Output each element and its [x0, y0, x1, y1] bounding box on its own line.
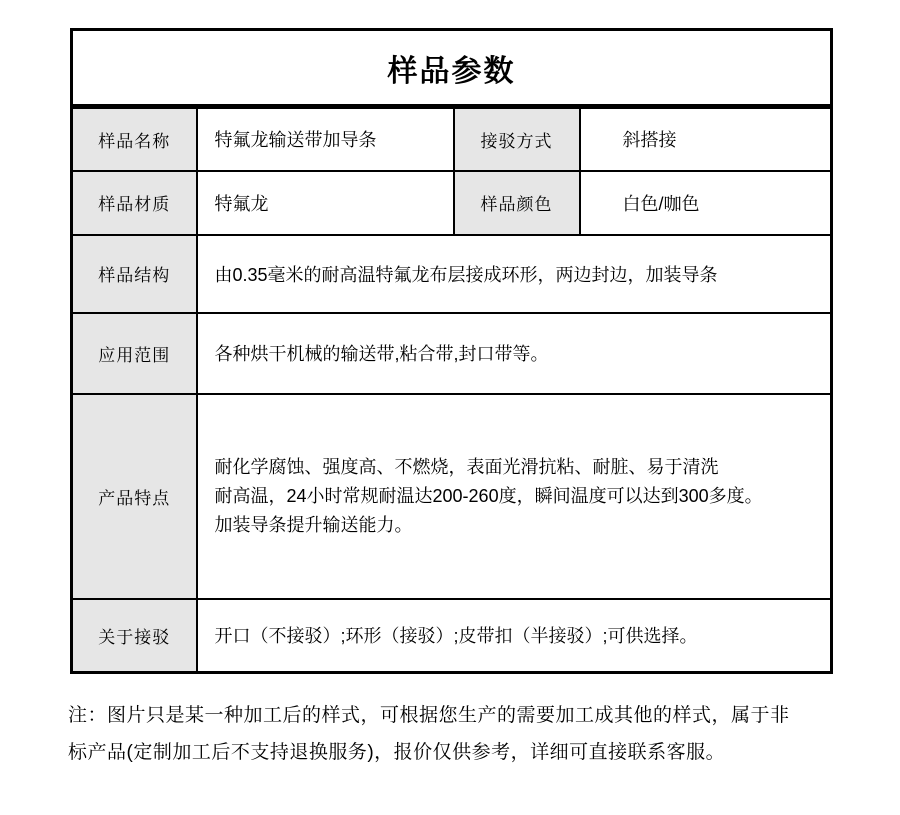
table-row-features: 产品特点 耐化学腐蚀、强度高、不燃烧，表面光滑抗粘、耐脏、易于清洗 耐高温，24…	[72, 394, 832, 599]
label-about-splicing: 关于接驳	[72, 599, 197, 673]
table-row-application: 应用范围 各种烘干机械的输送带,粘合带,封口带等。	[72, 313, 832, 394]
value-product-features: 耐化学腐蚀、强度高、不燃烧，表面光滑抗粘、耐脏、易于清洗 耐高温，24小时常规耐…	[197, 394, 832, 599]
label-sample-name: 样品名称	[72, 107, 197, 171]
table-row-structure: 样品结构 由0.35毫米的耐高温特氟龙布层接成环形，两边封边，加装导条	[72, 235, 832, 313]
label-sample-material: 样品材质	[72, 171, 197, 235]
table-title: 样品参数	[72, 30, 832, 107]
value-sample-name: 特氟龙输送带加导条	[197, 107, 454, 171]
table-row-name-connection: 样品名称 特氟龙输送带加导条 接驳方式 斜搭接	[72, 107, 832, 171]
footer-note-line-2: 标产品(定制加工后不支持退换服务)，报价仅供参考，详细可直接联系客服。	[68, 734, 868, 771]
title-row: 样品参数	[72, 30, 832, 107]
label-connection-method: 接驳方式	[454, 107, 580, 171]
footer-note: 注：图片只是某一种加工后的样式，可根据您生产的需要加工成其他的样式，属于非 标产…	[68, 697, 868, 771]
feature-line-1: 耐化学腐蚀、强度高、不燃烧，表面光滑抗粘、耐脏、易于清洗	[215, 453, 821, 482]
label-sample-color: 样品颜色	[454, 171, 580, 235]
value-sample-color: 白色/咖色	[580, 171, 832, 235]
value-sample-material: 特氟龙	[197, 171, 454, 235]
product-spec-page: 样品参数 样品名称 特氟龙输送带加导条 接驳方式 斜搭接 样品材质 特氟龙 样品…	[0, 0, 900, 815]
spec-table: 样品参数 样品名称 特氟龙输送带加导条 接驳方式 斜搭接 样品材质 特氟龙 样品…	[70, 28, 833, 674]
label-sample-structure: 样品结构	[72, 235, 197, 313]
table-row-splicing: 关于接驳 开口（不接驳）;环形（接驳）;皮带扣（半接驳）;可供选择。	[72, 599, 832, 673]
feature-line-2: 耐高温，24小时常规耐温达200-260度，瞬间温度可以达到300多度。	[215, 482, 821, 511]
feature-line-3: 加装导条提升输送能力。	[215, 511, 821, 540]
label-product-features: 产品特点	[72, 394, 197, 599]
label-application-range: 应用范围	[72, 313, 197, 394]
value-about-splicing: 开口（不接驳）;环形（接驳）;皮带扣（半接驳）;可供选择。	[197, 599, 832, 673]
footer-note-line-1: 注：图片只是某一种加工后的样式，可根据您生产的需要加工成其他的样式，属于非	[68, 697, 868, 734]
value-application-range: 各种烘干机械的输送带,粘合带,封口带等。	[197, 313, 832, 394]
value-connection-method: 斜搭接	[580, 107, 832, 171]
value-sample-structure: 由0.35毫米的耐高温特氟龙布层接成环形，两边封边，加装导条	[197, 235, 832, 313]
table-row-material-color: 样品材质 特氟龙 样品颜色 白色/咖色	[72, 171, 832, 235]
